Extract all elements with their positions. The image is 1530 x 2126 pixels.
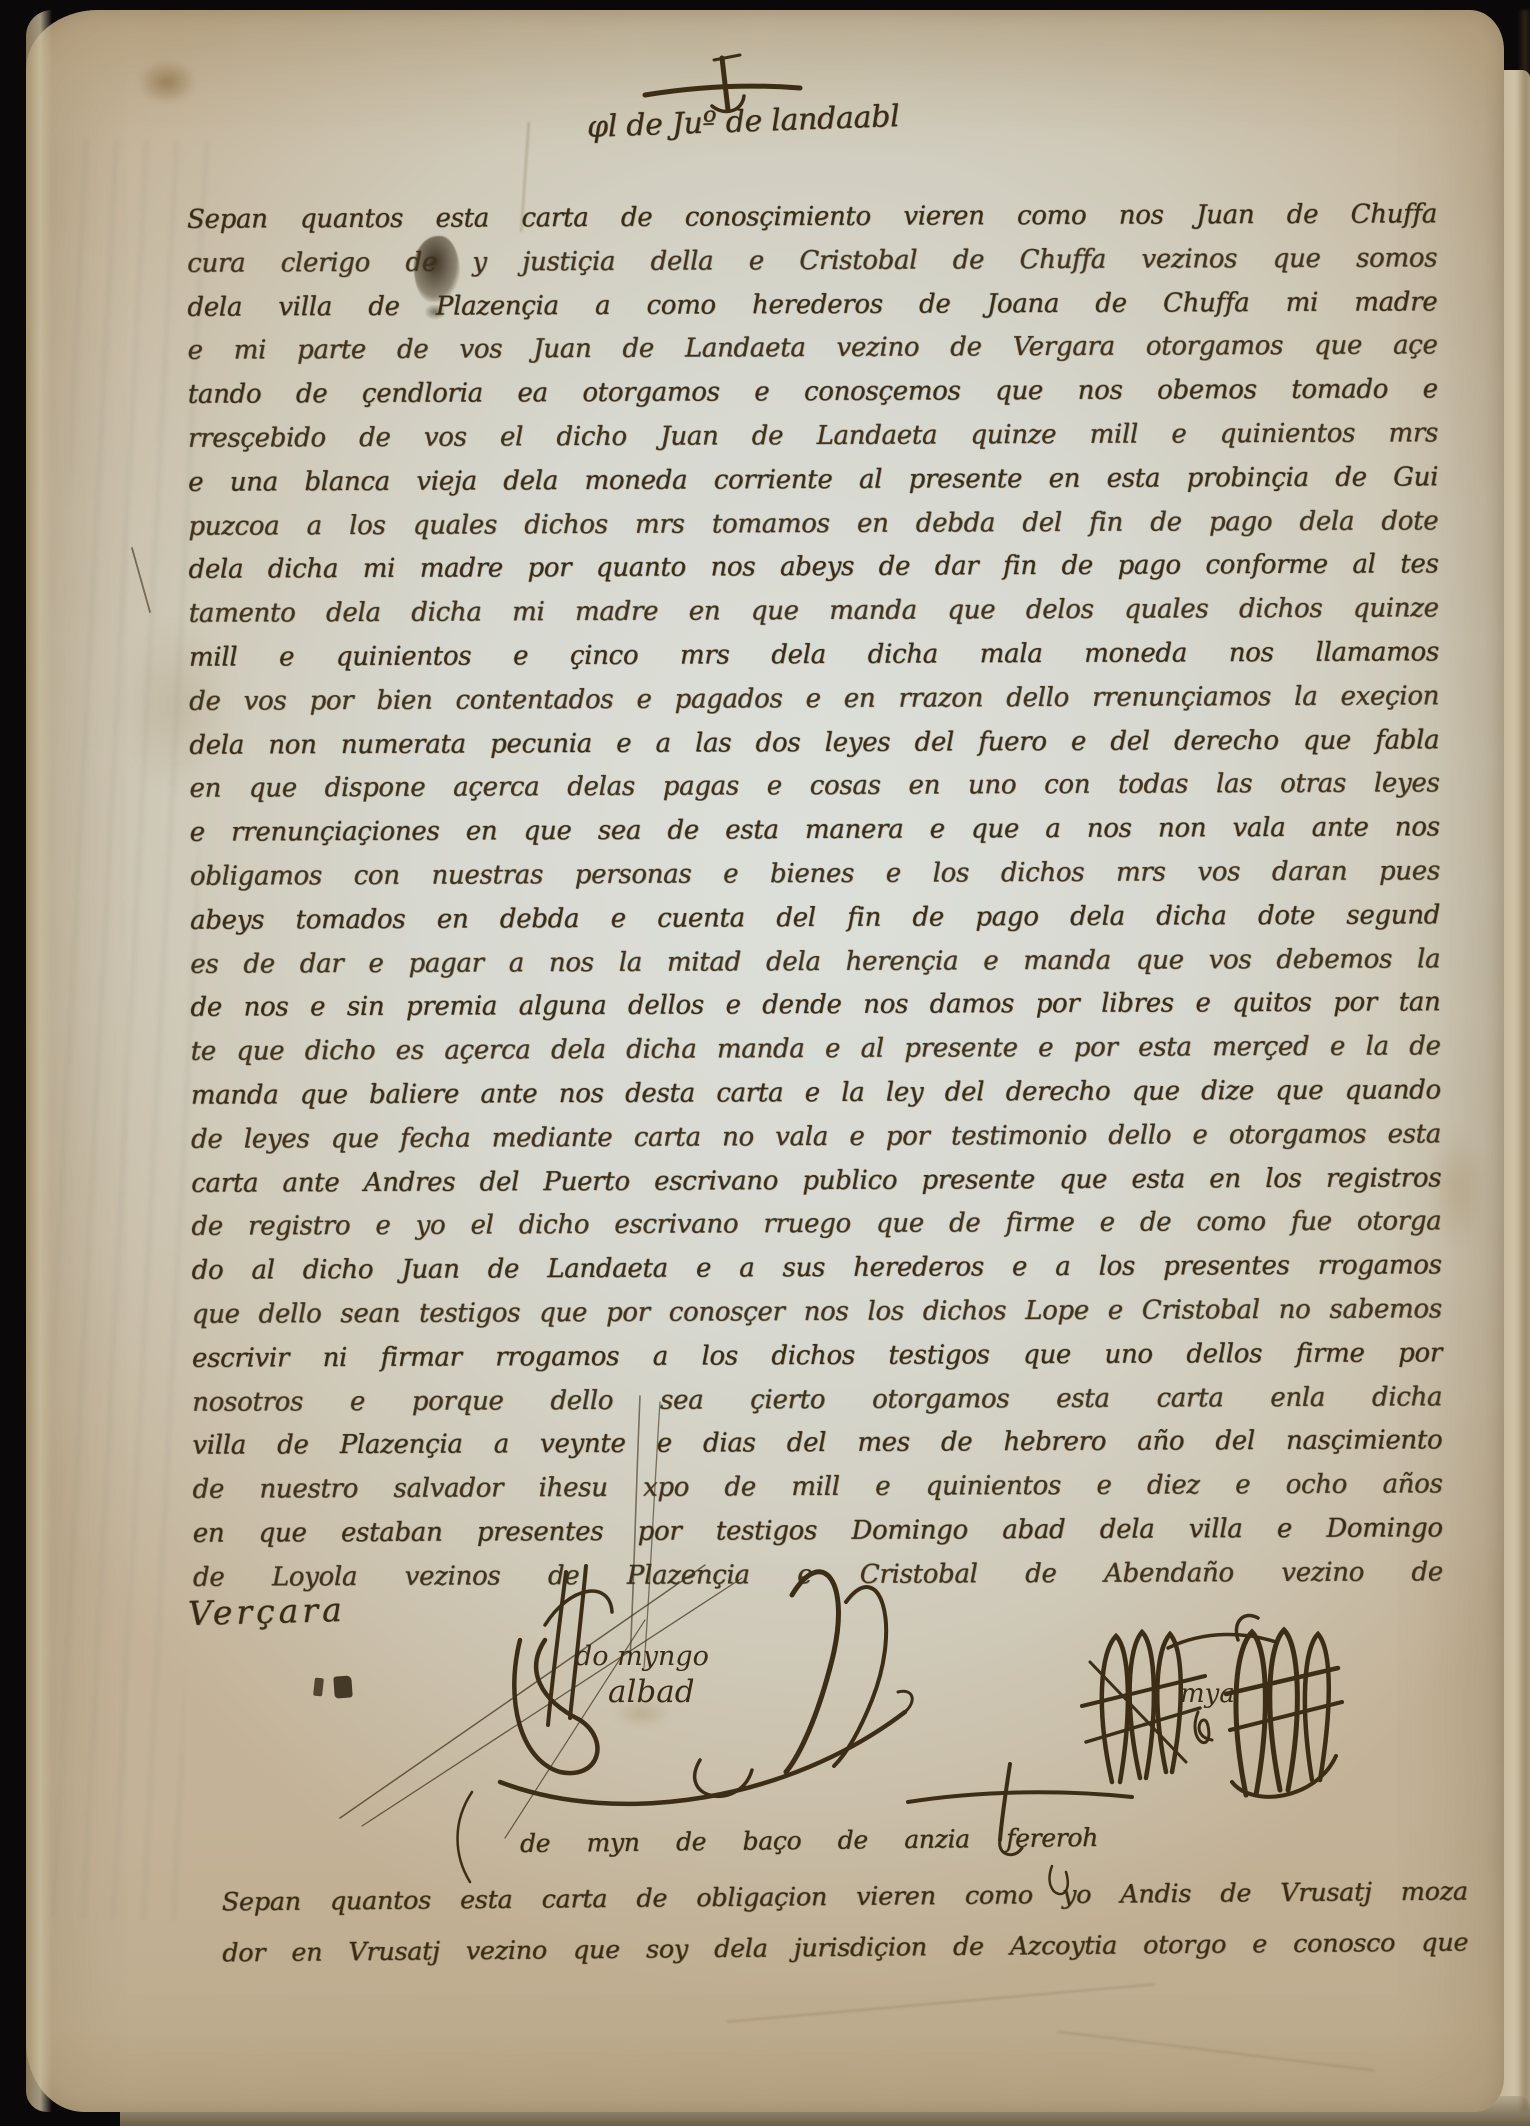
manuscript-photo: φl de Juº de landaabl Sepan quantos esta… bbox=[0, 0, 1530, 2126]
signature-right-label: mya bbox=[1180, 1679, 1235, 1709]
signature-center-name-2: albad bbox=[608, 1674, 695, 1710]
attestation-cross-icon bbox=[458, 1764, 1133, 1894]
signature-right-rubric: mya bbox=[1082, 1615, 1342, 1796]
hairline-strokes bbox=[132, 548, 660, 1668]
signature-center-rubric: do myngo albad bbox=[340, 1565, 912, 1838]
heading-cross-icon bbox=[645, 55, 800, 111]
ink-rubrics-overlay: do myngo albad mya bbox=[0, 0, 1530, 2126]
signature-center-name-1: do myngo bbox=[575, 1641, 709, 1672]
